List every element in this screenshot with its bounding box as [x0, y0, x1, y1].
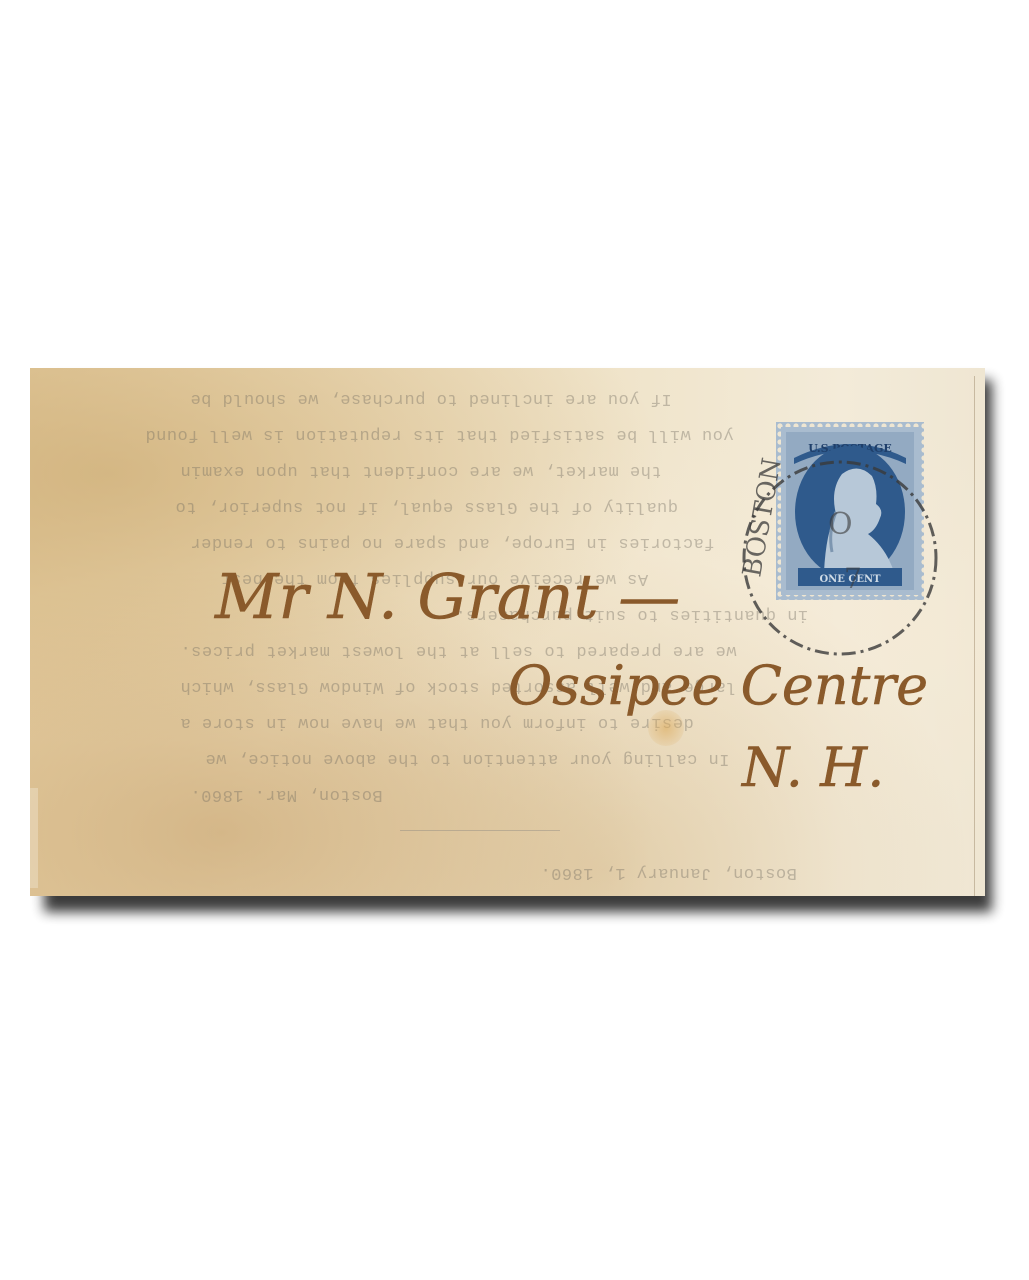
svg-text:7: 7 [844, 562, 862, 595]
divider-line [400, 830, 560, 831]
svg-text:O: O [828, 507, 853, 542]
foxing-stain [648, 710, 684, 746]
show-through-line: the market, we are confident that upon e… [180, 461, 662, 480]
show-through-line: Boston, Mar. 1860. [190, 785, 383, 804]
show-through-line: you will be satisfied that its reputatio… [145, 425, 734, 444]
show-through-line: we are prepared to sell at the lowest ma… [180, 641, 737, 660]
show-through-line: desire to inform you that we have now in… [180, 713, 694, 732]
show-through-line: In calling your attention to the above n… [205, 749, 729, 768]
postmark-text: BOSTON [737, 456, 787, 580]
show-through-line: As we receive our supplies from the best [220, 569, 648, 588]
show-through-line: factories in Europe, and spare no pains … [190, 533, 714, 552]
show-through-line: large and well assorted stock of Window … [180, 677, 737, 696]
show-through-line: quality of the Glass equal, if not super… [175, 497, 678, 516]
envelope: If you are inclined to purchase, we shou… [30, 368, 985, 896]
show-through-line: If you are inclined to purchase, we shou… [190, 389, 672, 408]
postmark-icon: BOSTON O 7 [720, 448, 980, 668]
show-through-line: Boston, January 1, 1860. [540, 863, 797, 882]
